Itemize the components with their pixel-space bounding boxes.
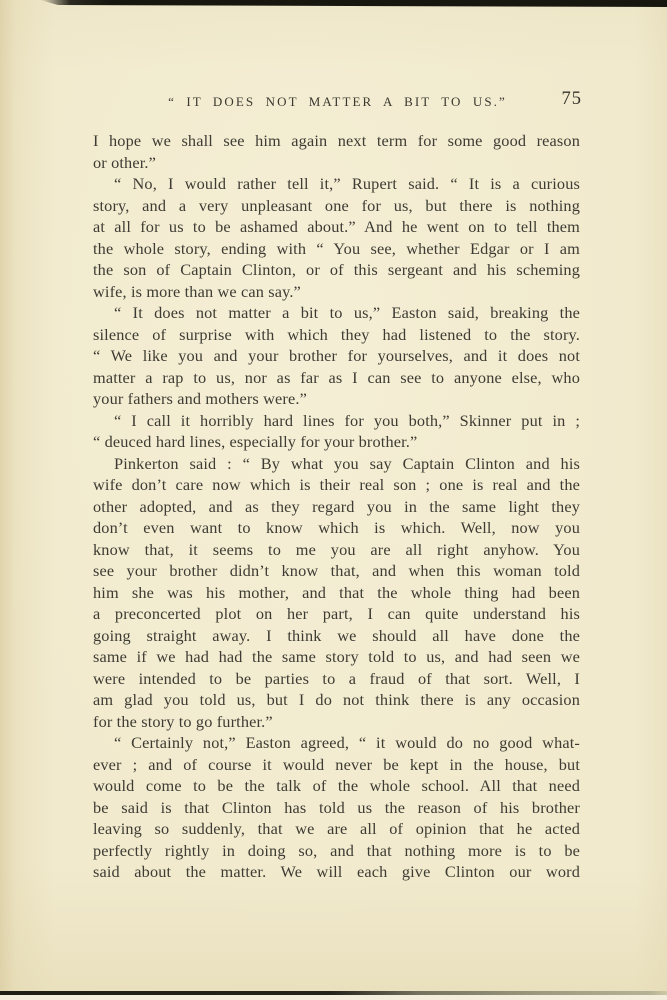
text-line: perfectly rightly in doing so, and that … (93, 840, 580, 862)
text-line: at all for us to be ashamed about.” And … (93, 216, 580, 238)
running-head: “ IT DOES NOT MATTER A BIT TO US.” 75 (93, 93, 582, 113)
text-block: I hope we shall see him again next term … (93, 130, 580, 883)
text-line: or other.” (93, 152, 580, 174)
text-line: “ I call it horribly hard lines for you … (93, 410, 580, 432)
text-line: am glad you told us, but I do not think … (93, 689, 580, 711)
book-page-scan: “ IT DOES NOT MATTER A BIT TO US.” 75 I … (0, 0, 667, 1000)
text-line: other adopted, and as they regard you in… (93, 496, 580, 518)
text-line: Pinkerton said : “ By what you say Capta… (93, 453, 580, 475)
text-line: ever ; and of course it would never be k… (93, 754, 580, 776)
text-line: be said is that Clinton has told us the … (93, 797, 580, 819)
text-line: would come to be the talk of the whole s… (93, 775, 580, 797)
text-line: “ deuced hard lines, especially for your… (93, 431, 580, 453)
text-line: for the story to go further.” (93, 711, 580, 733)
text-line: “ We like you and your brother for yours… (93, 345, 580, 367)
text-line: “ Certainly not,” Easton agreed, “ it wo… (93, 732, 580, 754)
scan-bottom-edge (0, 991, 667, 995)
text-line: a preconcerted plot on her part, I can q… (93, 603, 580, 625)
text-line: don’t even want to know which is which. … (93, 517, 580, 539)
text-line: story, and a very unpleasant one for us,… (93, 195, 580, 217)
text-line: matter a rap to us, nor as far as I can … (93, 367, 580, 389)
text-line: same if we had had the same story told t… (93, 646, 580, 668)
text-line: said about the matter. We will each give… (93, 861, 580, 883)
text-line: the son of Captain Clinton, or of this s… (93, 259, 580, 281)
text-line: wife don’t care now which is their real … (93, 474, 580, 496)
text-line: him she was his mother, and that the who… (93, 582, 580, 604)
text-line: silence of surprise with which they had … (93, 324, 580, 346)
scan-top-edge (40, 0, 667, 7)
text-line: the whole story, ending with “ You see, … (93, 238, 580, 260)
text-line: see your brother didn’t know that, and w… (93, 560, 580, 582)
text-line: I hope we shall see him again next term … (93, 130, 580, 152)
text-line: leaving so suddenly, that we are all of … (93, 818, 580, 840)
scan-bottom-sliver (0, 995, 667, 1000)
text-line: your fathers and mothers were.” (93, 388, 580, 410)
text-line: “ No, I would rather tell it,” Rupert sa… (93, 173, 580, 195)
running-head-title: “ IT DOES NOT MATTER A BIT TO US.” (93, 94, 582, 110)
text-line: wife, is more than we can say.” (93, 281, 580, 303)
text-line: “ It does not matter a bit to us,” Easto… (93, 302, 580, 324)
text-line: know that, it seems to me you are all ri… (93, 539, 580, 561)
text-line: were intended to be parties to a fraud o… (93, 668, 580, 690)
text-line: going straight away. I think we should a… (93, 625, 580, 647)
page-number: 75 (562, 89, 583, 110)
